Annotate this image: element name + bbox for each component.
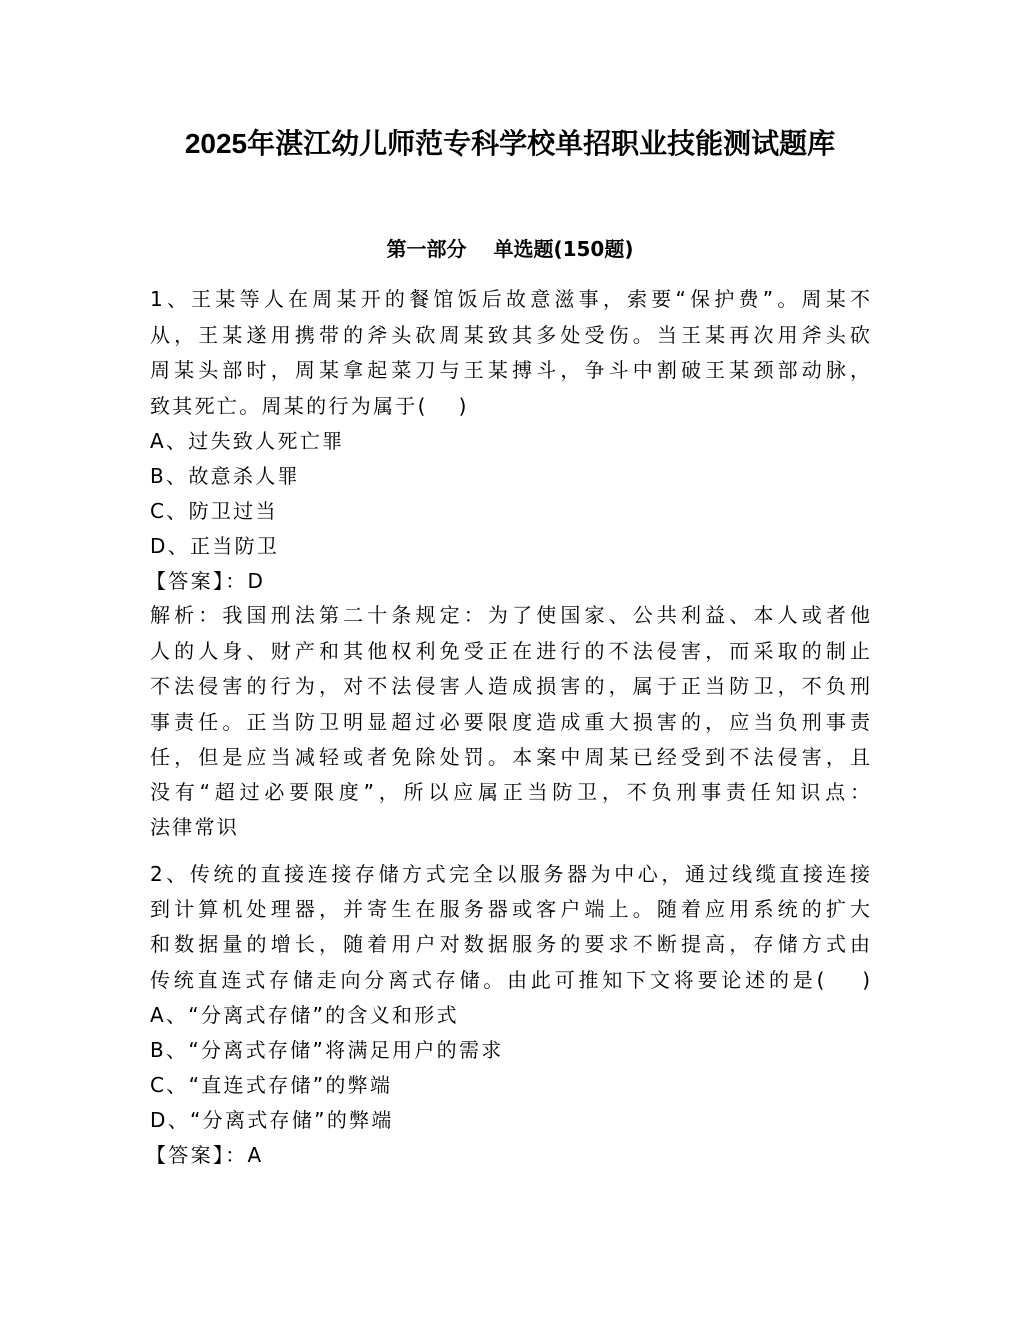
- analysis-line: 没有“超过必要限度”，所以应属正当防卫，不负刑事责任知识点：: [150, 777, 870, 807]
- question-stem-line: 传统直连式存储走向分离式存储。由此可推知下文将要论述的是( ): [150, 965, 870, 995]
- option-b: B、“分离式存储”将满足用户的需求: [150, 1035, 870, 1065]
- option-c: C、“直连式存储”的弊端: [150, 1070, 870, 1100]
- analysis-line: 任，但是应当减轻或者免除处罚。本案中周某已经受到不法侵害，且: [150, 742, 870, 772]
- option-a: A、过失致人死亡罪: [150, 426, 870, 456]
- option-a: A、“分离式存储”的含义和形式: [150, 1000, 870, 1030]
- question-stem-line: 2、传统的直接连接存储方式完全以服务器为中心，通过线缆直接连接: [150, 859, 870, 889]
- document-title: 2025年湛江幼儿师范专科学校单招职业技能测试题库: [0, 124, 1020, 164]
- question-stem-line: 到计算机处理器，并寄生在服务器或客户端上。随着应用系统的扩大: [150, 894, 870, 924]
- analysis-line: 事责任。正当防卫明显超过必要限度造成重大损害的，应当负刑事责: [150, 707, 870, 737]
- answer-label: 【答案】：A: [146, 1140, 866, 1170]
- option-d: D、正当防卫: [150, 531, 870, 561]
- option-c: C、防卫过当: [150, 496, 870, 526]
- analysis-line: 解析：我国刑法第二十条规定：为了使国家、公共利益、本人或者他: [150, 600, 870, 630]
- question-stem-line: 从，王某遂用携带的斧头砍周某致其多处受伤。当王某再次用斧头砍: [150, 320, 870, 350]
- question-stem-line: 周某头部时，周某拿起菜刀与王某搏斗，争斗中割破王某颈部动脉，: [150, 355, 870, 385]
- analysis-line: 法律常识: [150, 812, 870, 842]
- document-page: 2025年湛江幼儿师范专科学校单招职业技能测试题库 第一部分 单选题(150题)…: [0, 0, 1020, 1320]
- option-d: D、“分离式存储”的弊端: [150, 1105, 870, 1135]
- analysis-line: 人的人身、财产和其他权利免受正在进行的不法侵害，而采取的制止: [150, 636, 870, 666]
- question-stem-line: 致其死亡。周某的行为属于( ): [150, 391, 870, 421]
- section-heading: 第一部分 单选题(150题): [0, 234, 1020, 264]
- question-stem-line: 和数据量的增长，随着用户对数据服务的要求不断提高，存储方式由: [150, 929, 870, 959]
- answer-label: 【答案】：D: [146, 566, 866, 596]
- option-b: B、故意杀人罪: [150, 461, 870, 491]
- question-stem-line: 1、王某等人在周某开的餐馆饭后故意滋事，索要“保护费”。周某不: [150, 284, 870, 314]
- analysis-line: 不法侵害的行为，对不法侵害人造成损害的，属于正当防卫，不负刑: [150, 671, 870, 701]
